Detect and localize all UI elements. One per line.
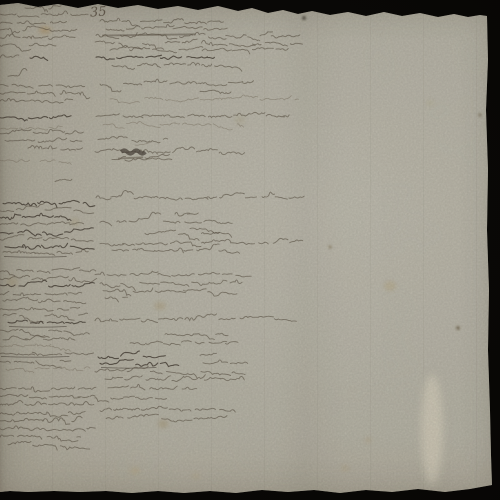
handwritten-line xyxy=(8,320,85,324)
handwritten-line xyxy=(0,213,71,220)
handwritten-line xyxy=(200,90,231,93)
handwritten-line xyxy=(0,435,81,442)
handwritten-line xyxy=(0,98,73,103)
handwritten-line xyxy=(55,179,72,181)
handwritten-line xyxy=(165,333,228,339)
handwritten-line xyxy=(28,145,83,150)
paper-stain xyxy=(421,375,443,485)
handwritten-line xyxy=(98,136,168,142)
handwritten-line xyxy=(0,34,75,39)
handwritten-line xyxy=(0,291,82,295)
handwritten-line xyxy=(110,95,299,104)
handwritten-line xyxy=(0,307,80,311)
handwritten-line xyxy=(0,387,96,392)
handwritten-line xyxy=(103,121,244,130)
handwritten-line xyxy=(3,313,88,322)
handwriting-layer xyxy=(0,0,500,500)
paper-stain xyxy=(130,467,140,475)
handwritten-line xyxy=(95,271,251,277)
handwritten-line xyxy=(105,297,128,302)
strikethrough-stroke xyxy=(118,157,143,158)
paper-stain xyxy=(365,437,371,443)
handwritten-line xyxy=(95,314,235,323)
handwritten-line xyxy=(96,112,289,118)
handwritten-line xyxy=(0,115,71,121)
handwritten-line xyxy=(0,352,94,355)
text-column-middle xyxy=(95,18,304,422)
paper-stain xyxy=(478,113,482,117)
underline-stroke xyxy=(9,326,67,327)
paper-stain xyxy=(426,100,434,106)
handwritten-line xyxy=(100,79,254,92)
handwritten-line xyxy=(0,268,96,276)
paper-stain xyxy=(154,302,166,310)
strikethrough-stroke xyxy=(102,34,196,35)
handwritten-line xyxy=(3,335,75,340)
handwritten-line xyxy=(3,249,88,256)
handwritten-line xyxy=(100,360,179,367)
handwritten-line xyxy=(40,160,71,165)
handwritten-line xyxy=(0,235,93,242)
handwritten-line xyxy=(200,353,216,355)
handwritten-line xyxy=(8,441,90,450)
handwritten-line xyxy=(8,68,27,76)
handwritten-line xyxy=(145,230,232,240)
handwritten-line xyxy=(95,147,244,155)
handwritten-line xyxy=(0,394,95,399)
handwritten-line xyxy=(95,396,166,402)
handwritten-line xyxy=(0,416,82,424)
handwritten-line xyxy=(100,212,232,226)
handwritten-line xyxy=(0,43,56,51)
handwritten-line xyxy=(25,6,61,12)
handwritten-line xyxy=(0,412,85,418)
handwritten-line xyxy=(5,138,82,143)
handwritten-line xyxy=(0,21,67,24)
underline-stroke xyxy=(1,356,69,357)
handwritten-line xyxy=(0,401,94,406)
handwritten-line xyxy=(106,414,227,422)
handwritten-line xyxy=(0,11,88,17)
handwritten-line xyxy=(130,341,238,345)
handwritten-line xyxy=(106,25,227,31)
paper-stain xyxy=(235,116,245,124)
page-number: 35 xyxy=(89,4,107,20)
handwritten-line xyxy=(240,316,296,321)
paper-stain xyxy=(456,326,460,330)
handwritten-line xyxy=(100,18,223,26)
handwritten-line xyxy=(6,367,90,373)
handwritten-line xyxy=(112,62,242,71)
paper-stain xyxy=(328,245,332,249)
paper-stain xyxy=(39,26,51,34)
handwritten-line xyxy=(30,56,48,60)
underline-stroke xyxy=(4,256,67,257)
paper-stain xyxy=(384,281,396,291)
handwritten-line xyxy=(112,244,240,253)
handwritten-line xyxy=(0,55,19,58)
handwritten-line xyxy=(203,360,248,364)
handwritten-line xyxy=(98,351,165,359)
handwritten-line xyxy=(100,238,303,246)
handwritten-line xyxy=(108,384,197,390)
handwritten-line xyxy=(0,426,95,431)
handwritten-line xyxy=(5,243,94,249)
handwritten-line xyxy=(0,344,70,351)
manuscript-page: 35 xyxy=(0,0,500,500)
handwritten-line xyxy=(0,90,90,98)
paper-stain xyxy=(341,465,349,471)
paper-stain xyxy=(70,218,80,226)
paper-stain xyxy=(192,473,200,479)
handwritten-line xyxy=(0,204,94,214)
handwritten-line xyxy=(96,191,257,201)
handwritten-line xyxy=(100,280,242,291)
handwritten-line xyxy=(262,192,304,199)
handwritten-line xyxy=(0,129,83,134)
handwritten-line xyxy=(100,406,235,412)
handwritten-line xyxy=(0,84,85,88)
handwritten-line xyxy=(96,32,300,41)
handwritten-line xyxy=(0,228,93,236)
handwritten-line xyxy=(175,212,198,216)
paper-stain xyxy=(158,420,168,428)
manuscript-photo: 35 xyxy=(0,0,500,500)
handwritten-line xyxy=(105,375,244,382)
paper-stain xyxy=(302,16,306,20)
handwritten-line xyxy=(0,26,77,34)
text-column-left xyxy=(0,6,97,451)
handwritten-line xyxy=(103,288,237,296)
handwritten-line xyxy=(145,154,169,158)
handwritten-line xyxy=(3,297,86,303)
handwritten-line xyxy=(0,160,30,163)
handwritten-line xyxy=(3,200,95,207)
handwritten-line xyxy=(110,46,288,54)
handwritten-line xyxy=(96,55,214,60)
